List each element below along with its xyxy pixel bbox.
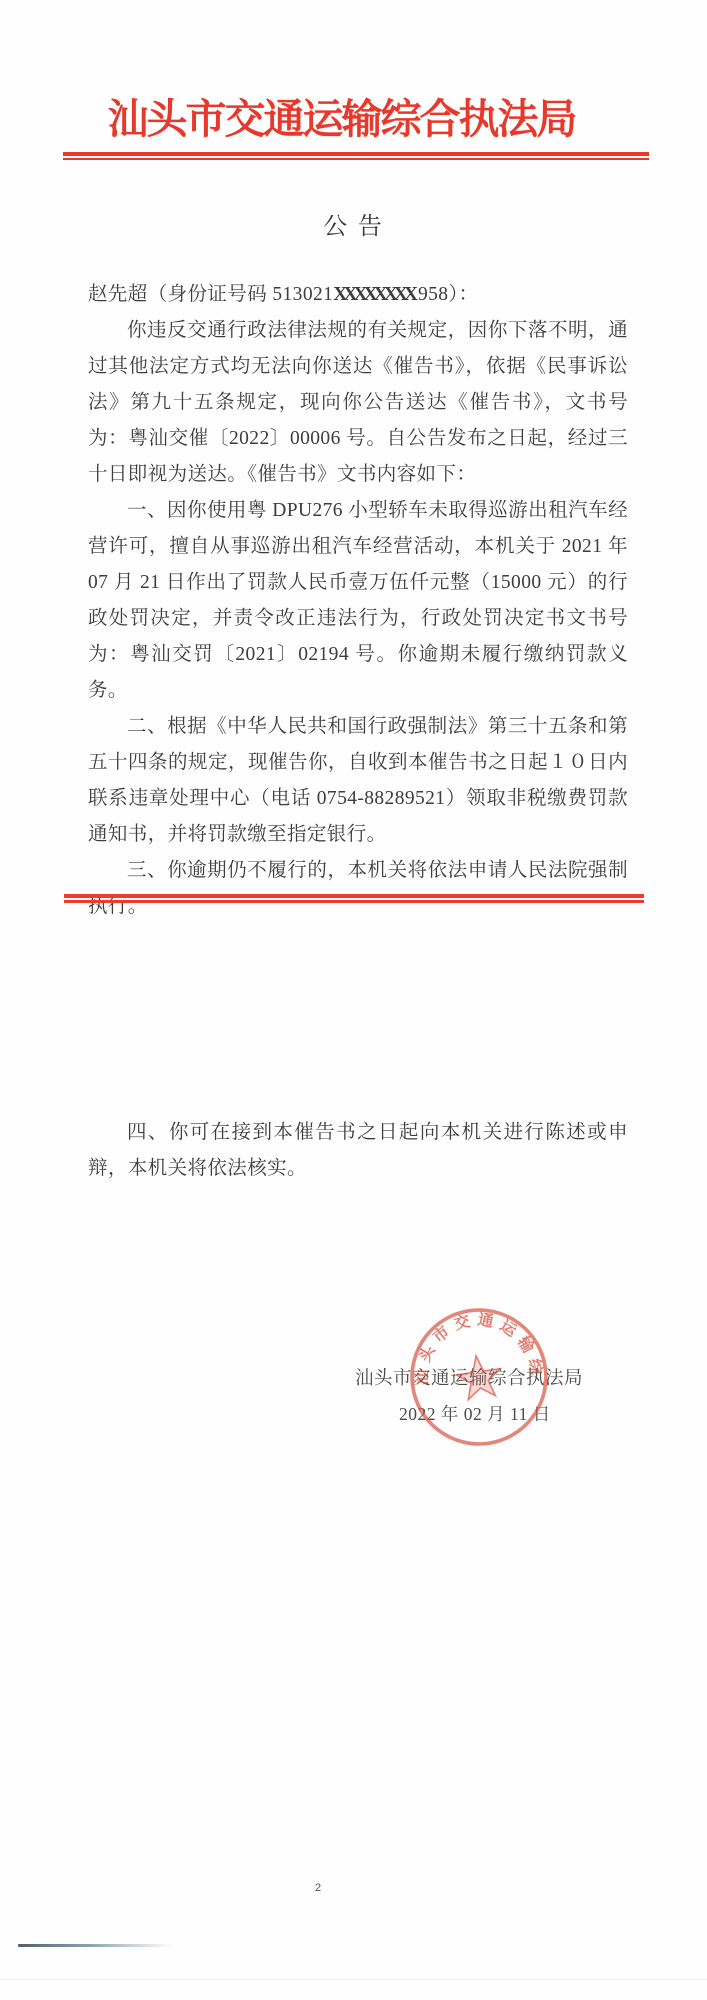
document-page: 汕头市交通运输综合执法局 公 告 赵先超（身份证号码 513021XXXXXXX… [0, 0, 707, 2000]
scan-artifact-line [18, 1944, 172, 1947]
page-number: 2 [308, 1882, 328, 1894]
paragraph-one: 一、因你使用粤 DPU276 小型轿车未取得巡游出租汽车经营许可，擅自从事巡游出… [88, 493, 628, 709]
paragraph-three: 三、你逾期仍不履行的，本机关将依法申请人民法院强制执行。 [88, 853, 628, 925]
recipient-suffix: 958）： [418, 284, 479, 305]
letterhead-divider-line [63, 152, 649, 156]
recipient-prefix: 赵先超（身份证号码 513021 [88, 284, 333, 305]
official-seal-stamp: 汕头市交通运输综合执法局 [398, 1296, 561, 1459]
notice-title: 公 告 [0, 206, 707, 241]
recipient-line: 赵先超（身份证号码 513021XXXXXXXX958）： [88, 277, 628, 313]
scan-faint-line [0, 1979, 707, 1980]
section-divider-line [64, 894, 644, 898]
paragraph-two: 二、根据《中华人民共和国行政强制法》第三十五条和第五十四条的规定，现催告你，自收… [88, 709, 628, 853]
notice-body: 赵先超（身份证号码 513021XXXXXXXX958）： 你违反交通行政法律法… [88, 277, 628, 925]
seal-star-icon [454, 1353, 504, 1401]
masked-id-digits: XXXXXXXX [333, 284, 418, 305]
paragraph-intro: 你违反交通行政法律法规的有关规定，因你下落不明，通过其他法定方式均无法向你送达《… [88, 313, 628, 493]
paragraph-four: 四、你可在接到本催告书之日起向本机关进行陈述或申辩，本机关将依法核实。 [88, 1115, 628, 1187]
letterhead-agency-title: 汕头市交通运输综合执法局 [49, 86, 634, 145]
